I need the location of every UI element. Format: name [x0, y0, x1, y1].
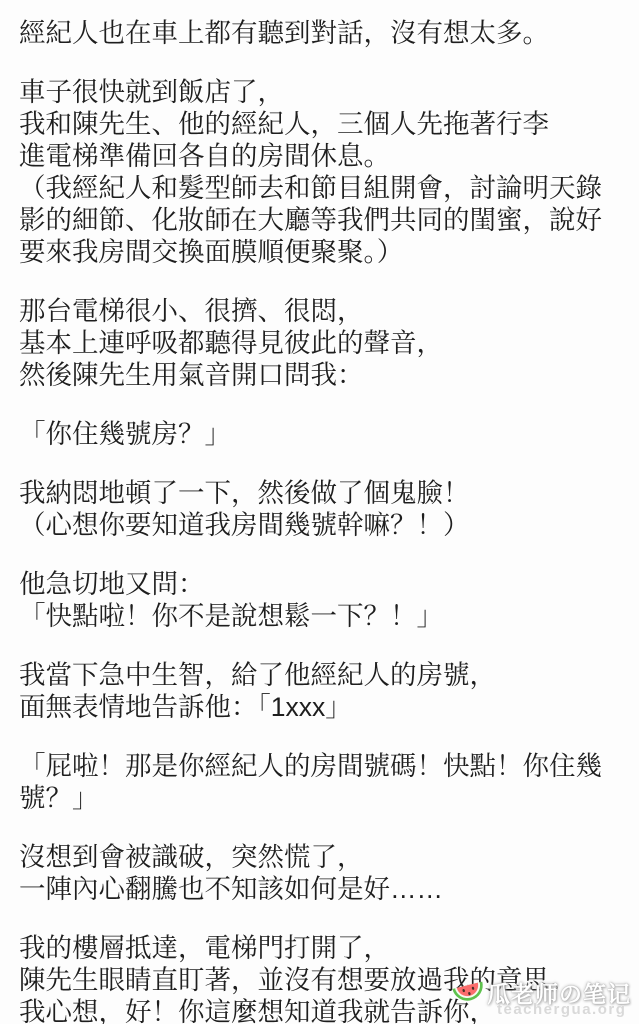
story-text: 經紀人也在車上都有聽到對話，沒有想太多。 車子很快就到飯店了， 我和陳先生、他的… — [0, 0, 639, 1024]
story-paragraph: 「屁啦！那是你經紀人的房間號碼！快點！你住幾 號？」 — [19, 750, 625, 814]
story-paragraph: 車子很快就到飯店了， 我和陳先生、他的經紀人，三個人先拖著行李 進電梯準備回各自… — [19, 76, 625, 268]
story-paragraph: 「你住幾號房？」 — [19, 418, 625, 450]
story-paragraph: 我納悶地頓了一下，然後做了個鬼臉！ （心想你要知道我房間幾號幹嘛？！） — [19, 477, 625, 541]
text-page: 經紀人也在車上都有聽到對話，沒有想太多。 車子很快就到飯店了， 我和陳先生、他的… — [0, 0, 639, 1024]
story-paragraph: 那台電梯很小、很擠、很悶， 基本上連呼吸都聽得見彼此的聲音， 然後陳先生用氣音開… — [19, 295, 625, 391]
story-paragraph: 他急切地又問： 「快點啦！你不是說想鬆一下？！」 — [19, 568, 625, 632]
story-paragraph: 我當下急中生智，給了他經紀人的房號， 面無表情地告訴他：「1xxx」 — [19, 659, 625, 723]
story-paragraph: 沒想到會被識破，突然慌了， 一陣內心翻騰也不知該如何是好…… — [19, 841, 625, 905]
story-paragraph: 我的樓層抵達，電梯門打開了， 陳先生眼睛直盯著，並沒有想要放過我的意思。 我心想… — [19, 932, 625, 1024]
story-paragraph: 經紀人也在車上都有聽到對話，沒有想太多。 — [19, 17, 625, 49]
